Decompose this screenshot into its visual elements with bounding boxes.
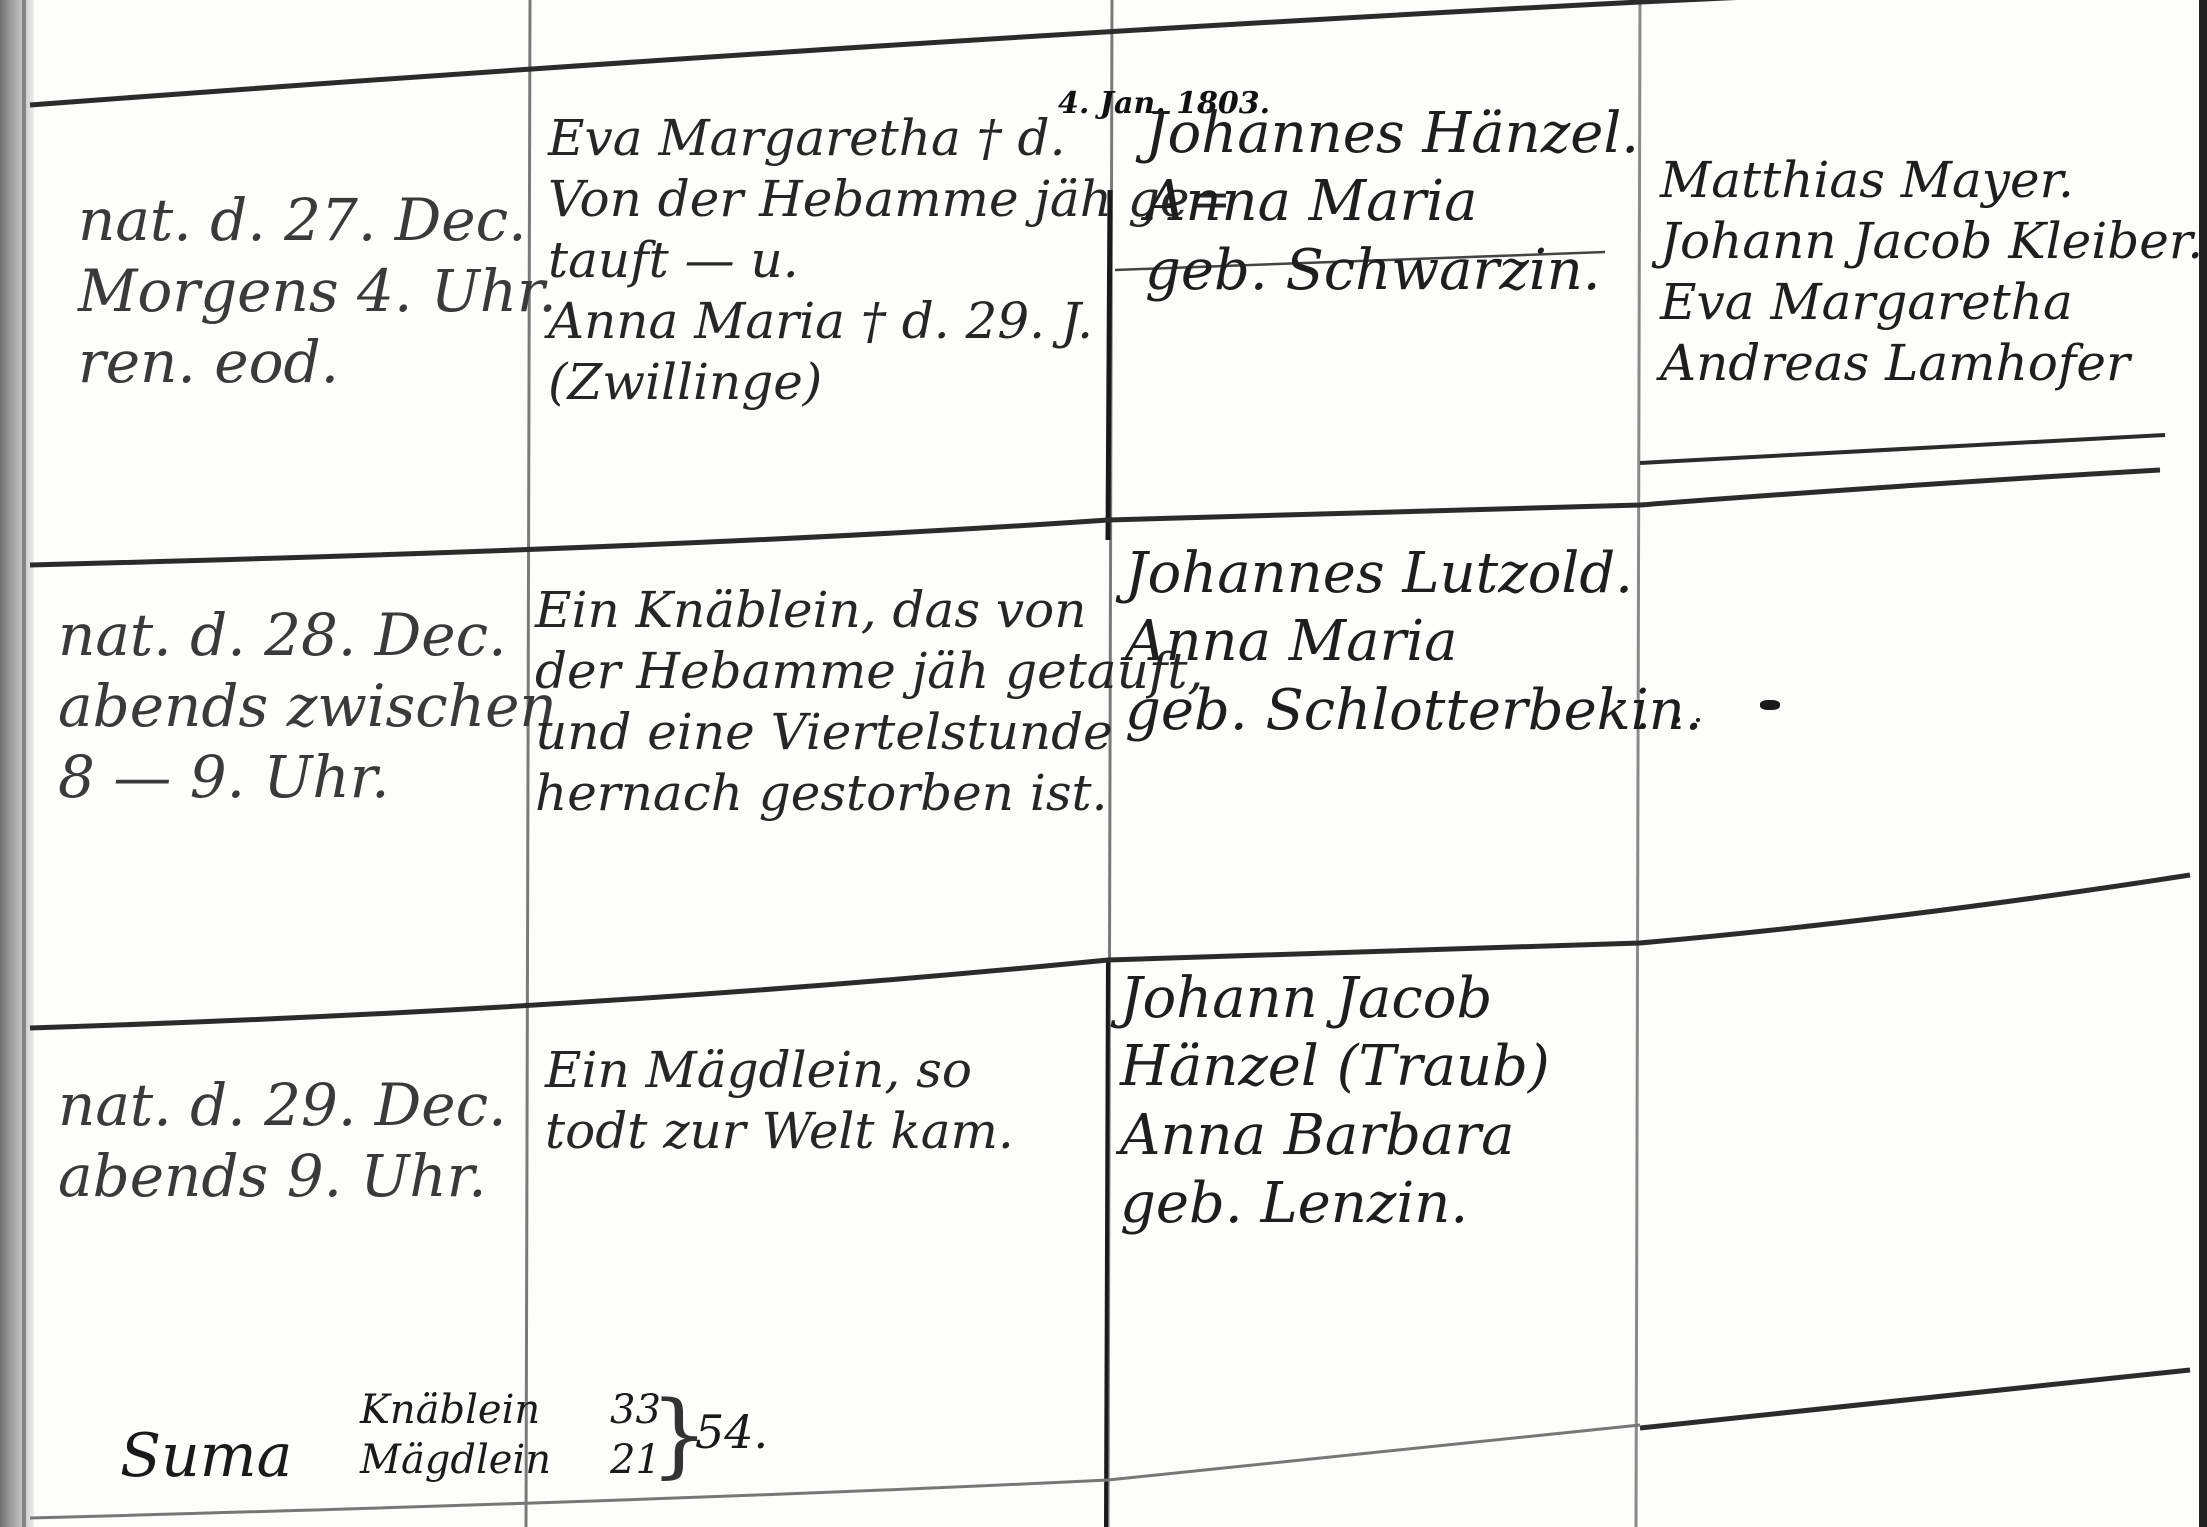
entry-2-child: Ein Knäblein, das von der Hebamme jäh ge…	[535, 580, 1203, 824]
register-page: nat. d. 27. Dec. Morgens 4. Uhr. ren. eo…	[0, 0, 2207, 1527]
entry-1-child: Eva Margaretha † d. Von der Hebamme jäh …	[548, 108, 1231, 413]
header-rule	[30, 0, 1790, 105]
book-binding-gutter	[0, 0, 34, 1527]
ink-speck	[1640, 723, 1646, 729]
summa-total-block: Suma Knäblein 33 Mägdlein 21 } 54.	[120, 1385, 820, 1495]
summa-row-boys: Knäblein 33	[360, 1385, 661, 1435]
summa-total: 54.	[695, 1405, 768, 1459]
entry-3-parents: Johann Jacob Hänzel (Traub) Anna Barbara…	[1120, 965, 1550, 1238]
entry-3-birth: nat. d. 29. Dec. abends 9. Uhr.	[58, 1070, 507, 1212]
entry-3-child: Ein Mägdlein, so todt zur Welt kam.	[545, 1040, 1014, 1162]
summa-label: Suma	[120, 1421, 292, 1491]
ink-speck	[1696, 718, 1700, 722]
entry-1-birth: nat. d. 27. Dec. Morgens 4. Uhr. ren. eo…	[78, 185, 557, 397]
ink-speck	[1673, 716, 1680, 723]
row-3-bottom-rule	[1640, 1370, 2190, 1428]
entry-2-birth: nat. d. 28. Dec. abends zwischen 8 — 9. …	[58, 600, 557, 812]
entry-1-godparents: Matthias Mayer. Johann Jacob Kleiber. Ev…	[1660, 150, 2203, 394]
summa-row-girls: Mägdlein 21	[360, 1435, 661, 1485]
entry-2-parents: Johannes Lutzold. Anna Maria geb. Schlot…	[1125, 540, 1702, 745]
row-1-bottom-rule	[30, 470, 2160, 565]
ink-blot	[1760, 700, 1780, 710]
entry-1-parents: Johannes Hänzel. Anna Maria geb. Schwarz…	[1145, 100, 1639, 305]
row-2-bottom-rule	[30, 875, 2190, 1028]
summa-row-label: Mägdlein	[360, 1435, 560, 1485]
binding-edge-line	[22, 0, 26, 1527]
summa-rows: Knäblein 33 Mägdlein 21	[360, 1385, 661, 1485]
summa-row-label: Knäblein	[360, 1385, 560, 1435]
